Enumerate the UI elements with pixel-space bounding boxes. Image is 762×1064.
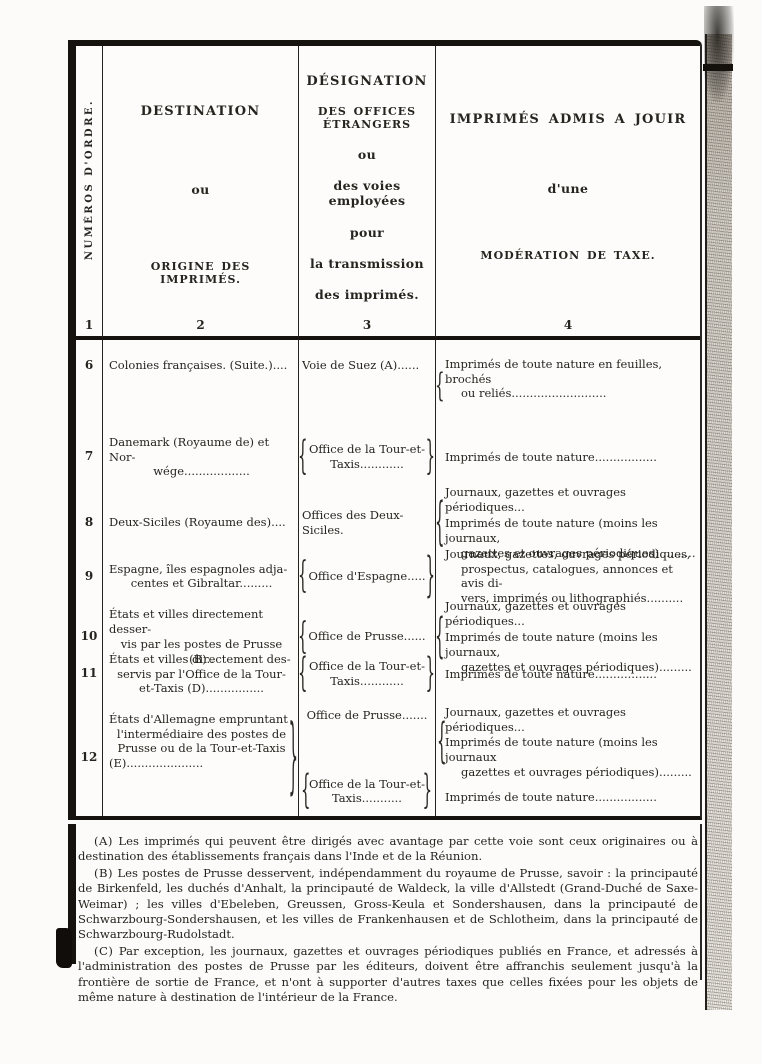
footnote-text: Par exception, les journaux, gazettes et…	[78, 944, 698, 1004]
ink-blot	[56, 928, 72, 968]
destination-cell: Danemark (Royaume de) et Nor- wége......…	[102, 432, 298, 482]
col2-subtitle: ORIGINE DES IMPRIMÉS.	[107, 260, 294, 286]
admitted-cell: { Journaux, gazettes et ouvrages périodi…	[435, 700, 700, 816]
brace-icon: {	[298, 558, 308, 594]
col3-line4: des voies employées	[303, 178, 431, 208]
col4-dune: d'une	[548, 181, 589, 196]
row-number: 7	[76, 432, 102, 482]
table-row: 7 Danemark (Royaume de) et Nor- wége....…	[76, 432, 700, 482]
destination-cell: Colonies françaises. (Suite.)....	[102, 340, 298, 432]
brace-icon: {	[301, 772, 311, 811]
colnum-4: 4	[435, 314, 700, 340]
admitted-group: Imprimés de toute nature................…	[445, 790, 698, 805]
colnum-3: 3	[298, 314, 435, 340]
right-border-extension	[700, 824, 702, 980]
col3-title: DÉSIGNATION	[306, 74, 427, 89]
office-cell: Voie de Suez (A)......	[298, 340, 435, 432]
footnotes: (A) Les imprimés qui peuvent être dirigé…	[78, 834, 698, 1006]
brace-icon: }	[425, 655, 435, 694]
admitted-group: { Journaux, gazettes et ouvrages périodi…	[445, 704, 698, 781]
table-row: 11 États et villes directement des- serv…	[76, 648, 700, 700]
office-cell: { } Office de la Tour-et- Taxis.........…	[298, 432, 435, 482]
col2-ou: ou	[191, 182, 209, 197]
header-col4: IMPRIMÉS ADMIS A JOUIR d'une MODÉRATION …	[435, 46, 700, 314]
column-numbers-row: 1 2 3 4	[76, 314, 700, 340]
row-number: 6	[76, 340, 102, 432]
brace-icon: {	[298, 655, 308, 694]
col3-line5: pour	[350, 225, 384, 240]
brace-icon: {	[437, 718, 447, 766]
row-number: 11	[76, 648, 102, 700]
footnote-a: (A) Les imprimés qui peuvent être dirigé…	[78, 834, 698, 865]
col2-title: DESTINATION	[141, 104, 261, 119]
brace-icon: }	[425, 438, 435, 477]
header-col2: DESTINATION ou ORIGINE DES IMPRIMÉS.	[102, 46, 298, 314]
destination-cell: États et villes directement des- servis …	[102, 648, 298, 700]
scanned-page-edge	[705, 34, 732, 1010]
col3-ou: ou	[358, 147, 376, 162]
brace-icon: {	[298, 438, 308, 477]
col1-vertical-label: NUMÉROS D'ORDRE.	[84, 99, 95, 260]
col3-line2: DES OFFICES ÉTRANGERS	[303, 105, 431, 131]
office-cell: Office de Prusse....... { } Office de la…	[298, 700, 435, 816]
header-col1: NUMÉROS D'ORDRE.	[76, 46, 102, 314]
col3-line7: des imprimés.	[315, 287, 419, 302]
colnum-2: 2	[102, 314, 298, 340]
table-row: 9 Espagne, îles espagnoles adja- centes …	[76, 544, 700, 596]
office-entry: Office de Prusse.......	[302, 708, 432, 723]
brace-icon: }	[425, 552, 435, 600]
table-row: 8 Deux-Siciles (Royaume des).... Offices…	[76, 482, 700, 544]
row-number: 12	[76, 700, 102, 816]
postal-rates-table: NUMÉROS D'ORDRE. DESTINATION ou ORIGINE …	[68, 40, 702, 820]
brace-icon: {	[435, 370, 445, 403]
table-row: 12 } États d'Allemagne empruntant l'inte…	[76, 700, 700, 816]
brace-icon: {	[435, 497, 445, 548]
col4-subtitle: MODÉRATION DE TAXE.	[480, 249, 655, 262]
table-row: 6 Colonies françaises. (Suite.).... Voie…	[76, 340, 700, 432]
col4-title: IMPRIMÉS ADMIS A JOUIR	[450, 112, 687, 127]
footnote-b: (B) Les postes de Prusse desservent, ind…	[78, 866, 698, 943]
footnote-label: (B)	[94, 866, 113, 880]
scan-binding-shadow	[704, 6, 734, 102]
table-header: NUMÉROS D'ORDRE. DESTINATION ou ORIGINE …	[76, 46, 700, 314]
admitted-cell: Imprimés de toute nature................…	[435, 432, 700, 482]
footnote-text: Les imprimés qui peuvent être dirigés av…	[78, 834, 698, 863]
footnote-label: (C)	[94, 944, 113, 958]
table-row: 10 États et villes directement desser- v…	[76, 596, 700, 648]
brace-icon: }	[422, 772, 432, 811]
office-entry: { } Office de la Tour-et- Taxis.........…	[302, 777, 432, 806]
footnote-text: Les postes de Prusse desservent, indépen…	[78, 866, 698, 942]
scan-edge-mark	[703, 64, 733, 71]
header-col3: DÉSIGNATION DES OFFICES ÉTRANGERS ou des…	[298, 46, 435, 314]
col3-line6: la transmission	[310, 256, 424, 271]
footnote-c: (C) Par exception, les journaux, gazette…	[78, 944, 698, 1006]
office-cell: { } Office de la Tour-et- Taxis.........…	[298, 648, 435, 700]
colnum-1: 1	[76, 314, 102, 340]
destination-cell: } États d'Allemagne empruntant l'intermé…	[102, 700, 298, 816]
brace-icon: }	[288, 717, 298, 800]
admitted-cell: { Imprimés de toute nature en feuilles, …	[435, 340, 700, 432]
admitted-cell: Imprimés de toute nature................…	[435, 648, 700, 700]
footnote-label: (A)	[94, 834, 113, 848]
